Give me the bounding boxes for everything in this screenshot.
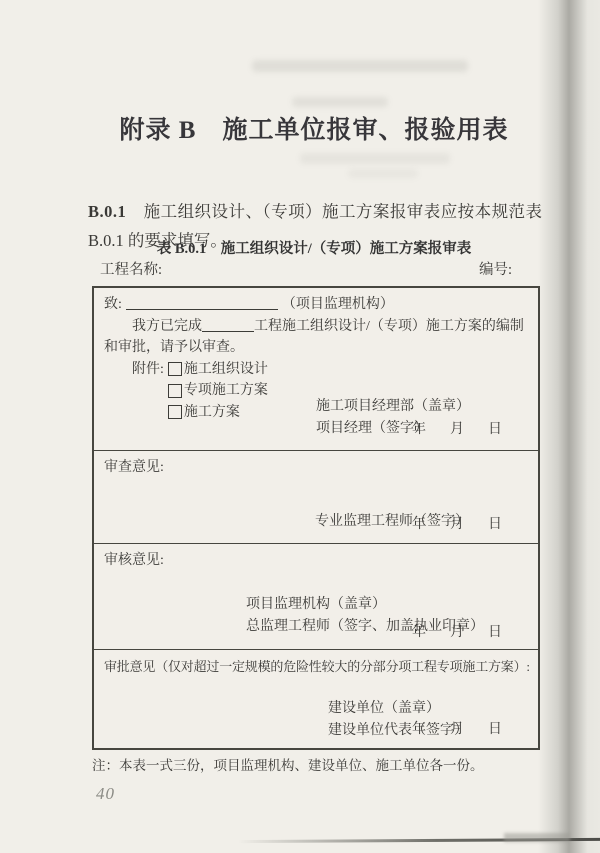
sign-line-seal: 施工项目经理部（盖章） <box>316 396 470 418</box>
page-bottom-edge-shadow <box>504 833 570 842</box>
approval-form-table: 致:（项目监理机构） 我方已完成工程施工组织设计/（专项）施工方案的编制和审批，… <box>92 286 540 750</box>
attachment-label: 施工组织设计 <box>184 359 268 381</box>
recipient-blank-field[interactable] <box>126 295 278 310</box>
row-approval-opinion[interactable]: 审批意见（仅对超过一定规模的危险性较大的分部分项工程专项施工方案）: 建设单位（… <box>94 649 538 748</box>
date-day-label: 日 <box>488 622 502 644</box>
form-meta-row: 工程名称: 编号: <box>92 258 540 279</box>
review-opinion-label: 审查意见: <box>104 457 528 479</box>
attachment-item: 专项施工方案 <box>168 380 268 402</box>
project-blank-field[interactable] <box>202 317 254 332</box>
attachments-label: 附件: <box>132 359 164 424</box>
serial-number-label: 编号: <box>479 258 512 279</box>
date-month-label: 月 <box>450 622 464 644</box>
appendix-title: 附录 B 施工单位报审、报验用表 <box>88 110 540 146</box>
book-gutter-shadow <box>538 0 600 853</box>
sign-line-seal: 项目监理机构（盖章） <box>246 594 484 616</box>
attachment-label: 专项施工方案 <box>184 380 268 402</box>
date-line: 年 月 日 <box>94 514 502 536</box>
date-year-label: 年 <box>412 719 426 741</box>
date-year-label: 年 <box>412 419 426 441</box>
date-year-label: 年 <box>412 514 426 536</box>
body-prefix: 我方已完成 <box>132 319 202 334</box>
project-name-label: 工程名称: <box>100 258 162 279</box>
to-suffix: （项目监理机构） <box>282 297 394 312</box>
date-line: 年 月 日 <box>94 419 502 441</box>
date-month-label: 月 <box>450 514 464 536</box>
bleed-through-smudge <box>300 153 450 164</box>
sign-line-seal: 建设单位（盖章） <box>328 698 468 720</box>
form-note: 注：本表一式三份，项目监理机构、建设单位、施工单位各一份。 <box>92 754 552 774</box>
row-review-opinion[interactable]: 审查意见: 专业监理工程师（签字） 年 月 日 <box>94 450 538 543</box>
checkbox-construction-organization-design[interactable] <box>168 362 182 376</box>
checkbox-construction-scheme[interactable] <box>168 405 182 419</box>
date-line: 年 月 日 <box>94 622 502 644</box>
date-day-label: 日 <box>488 719 502 741</box>
clause-number: B.0.1 <box>88 202 126 221</box>
form-caption: 表 B.0.1 施工组织设计/（专项）施工方案报审表 <box>88 237 540 258</box>
bleed-through-smudge <box>252 60 468 72</box>
date-day-label: 日 <box>488 419 502 441</box>
date-month-label: 月 <box>450 719 464 741</box>
row-check-opinion[interactable]: 审核意见: 项目监理机构（盖章） 总监理工程师（签字、加盖执业印章） 年 月 日 <box>94 543 538 649</box>
date-year-label: 年 <box>412 622 426 644</box>
date-day-label: 日 <box>488 514 502 536</box>
attachment-item: 施工组织设计 <box>168 359 268 381</box>
row-submission: 致:（项目监理机构） 我方已完成工程施工组织设计/（专项）施工方案的编制和审批，… <box>94 288 538 450</box>
bleed-through-smudge <box>292 97 388 107</box>
approval-opinion-label: 审批意见（仅对超过一定规模的危险性较大的分部分项工程专项施工方案）: <box>104 656 528 678</box>
date-month-label: 月 <box>450 419 464 441</box>
to-label: 致: <box>104 297 122 312</box>
bleed-through-smudge <box>348 169 418 178</box>
check-opinion-label: 审核意见: <box>104 550 528 572</box>
date-line: 年 月 日 <box>94 719 502 741</box>
checkbox-special-construction-scheme[interactable] <box>168 384 182 398</box>
page-number: 40 <box>96 784 115 804</box>
